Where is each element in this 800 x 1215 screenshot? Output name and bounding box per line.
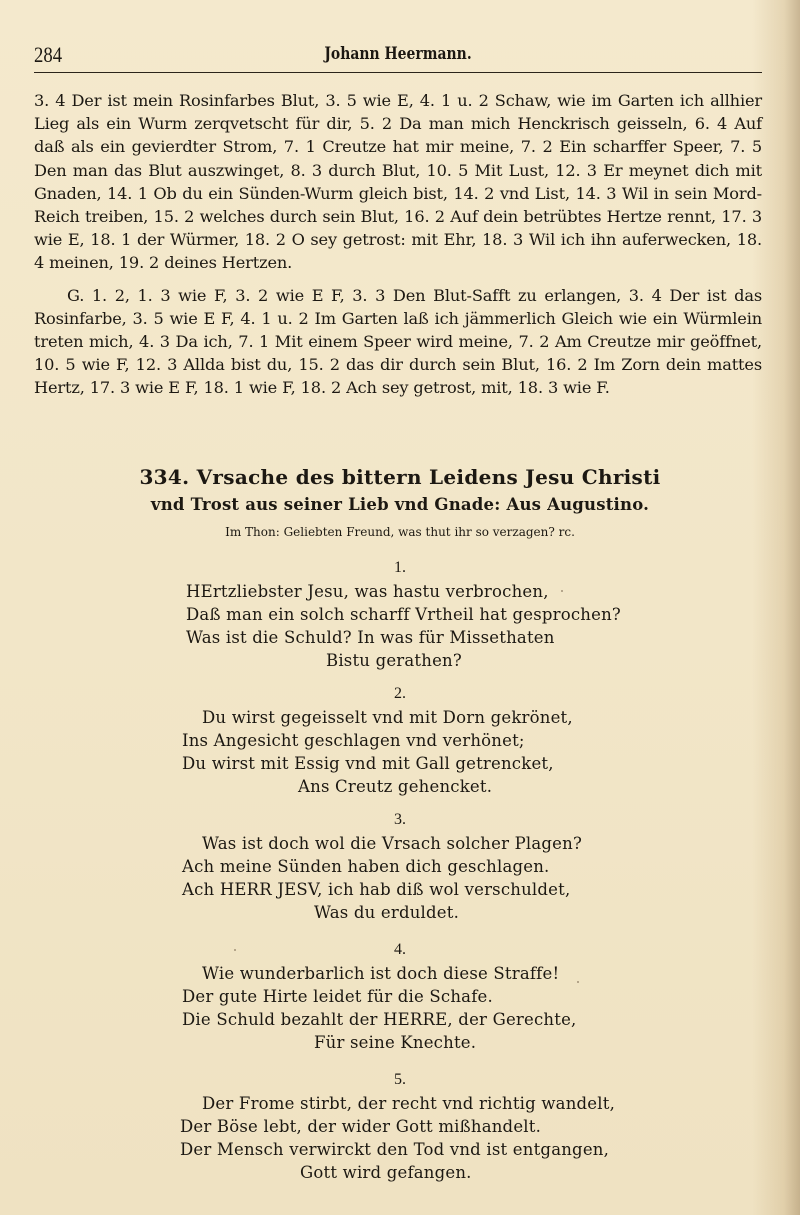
header-rule [34, 72, 762, 73]
stanza-number: 4. [120, 940, 680, 962]
hymn-subtitle: vnd Trost aus seiner Lieb vnd Gnade: Aus… [120, 492, 680, 518]
page-number: 284 [34, 42, 62, 68]
page-header: 284 Johann Heermann. [34, 40, 762, 72]
stanza: 5. Der Frome stirbt, der recht vnd richt… [120, 1070, 680, 1184]
book-page: 284 Johann Heermann. 3. 4 Der ist mein R… [0, 0, 800, 1215]
variant-paragraph: G. 1. 2, 1. 3 wie F, 3. 2 wie E F, 3. 3 … [34, 284, 762, 400]
verse-line: Was du erduldet. [314, 901, 800, 924]
verse-line: Der Böse lebt, der wider Gott mißhandelt… [180, 1115, 740, 1138]
hymn-title: 334. Vrsache des bittern Leidens Jesu Ch… [120, 462, 680, 492]
paper-speck [577, 981, 579, 983]
variant-readings: 3. 4 Der ist mein Rosinfarbes Blut, 3. 5… [34, 89, 762, 400]
stanza-number: 3. [120, 810, 680, 832]
stanza: 4. Wie wunderbarlich ist doch diese Stra… [120, 940, 680, 1054]
stanza-number: 1. [120, 558, 680, 580]
stanza-number: 5. [120, 1070, 680, 1092]
verse-line: Was ist die Schuld? In was für Missethat… [186, 626, 746, 649]
verse-line: Die Schuld bezahlt der HERRE, der Gerech… [182, 1008, 742, 1031]
hymn-tune: Im Thon: Geliebten Freund, was thut ihr … [120, 520, 680, 544]
verse-line: Ach HERR JESV, ich hab diß wol verschuld… [182, 878, 742, 901]
verse-line: Der Mensch verwirckt den Tod vnd ist ent… [180, 1138, 740, 1161]
verse-line: Daß man ein solch scharff Vrtheil hat ge… [186, 603, 746, 626]
verse-line: Was ist doch wol die Vrsach solcher Plag… [202, 832, 762, 855]
running-title: Johann Heermann. [100, 44, 697, 64]
paper-speck [234, 949, 236, 951]
verse-line: Du wirst gegeisselt vnd mit Dorn gekröne… [202, 706, 762, 729]
verse-line: Du wirst mit Essig vnd mit Gall getrenck… [182, 752, 742, 775]
stanza: 1. HErtzliebster Jesu, was hastu verbroc… [120, 558, 680, 672]
verse-line: Der gute Hirte leidet für die Schafe. [182, 985, 742, 1008]
verse-line: Ans Creutz gehencket. [298, 775, 800, 798]
verse-line: Bistu gerathen? [326, 649, 800, 672]
verse-line: Ins Angesicht geschlagen vnd verhönet; [182, 729, 742, 752]
paper-speck [561, 590, 563, 592]
stanza-number: 2. [120, 684, 680, 706]
verse-line: Für seine Knechte. [314, 1031, 800, 1054]
stanza: 3. Was ist doch wol die Vrsach solcher P… [120, 810, 680, 924]
verse-line: Wie wunderbarlich ist doch diese Straffe… [202, 962, 762, 985]
stanza: 2. Du wirst gegeisselt vnd mit Dorn gekr… [120, 684, 680, 798]
variant-paragraph: 3. 4 Der ist mein Rosinfarbes Blut, 3. 5… [34, 89, 762, 275]
verse-line: Der Frome stirbt, der recht vnd richtig … [202, 1092, 762, 1115]
hymn-heading: 334. Vrsache des bittern Leidens Jesu Ch… [120, 462, 680, 544]
verse-line: Gott wird gefangen. [300, 1161, 800, 1184]
verse-line: HErtzliebster Jesu, was hastu verbrochen… [186, 580, 746, 603]
verse-line: Ach meine Sünden haben dich geschlagen. [182, 855, 742, 878]
